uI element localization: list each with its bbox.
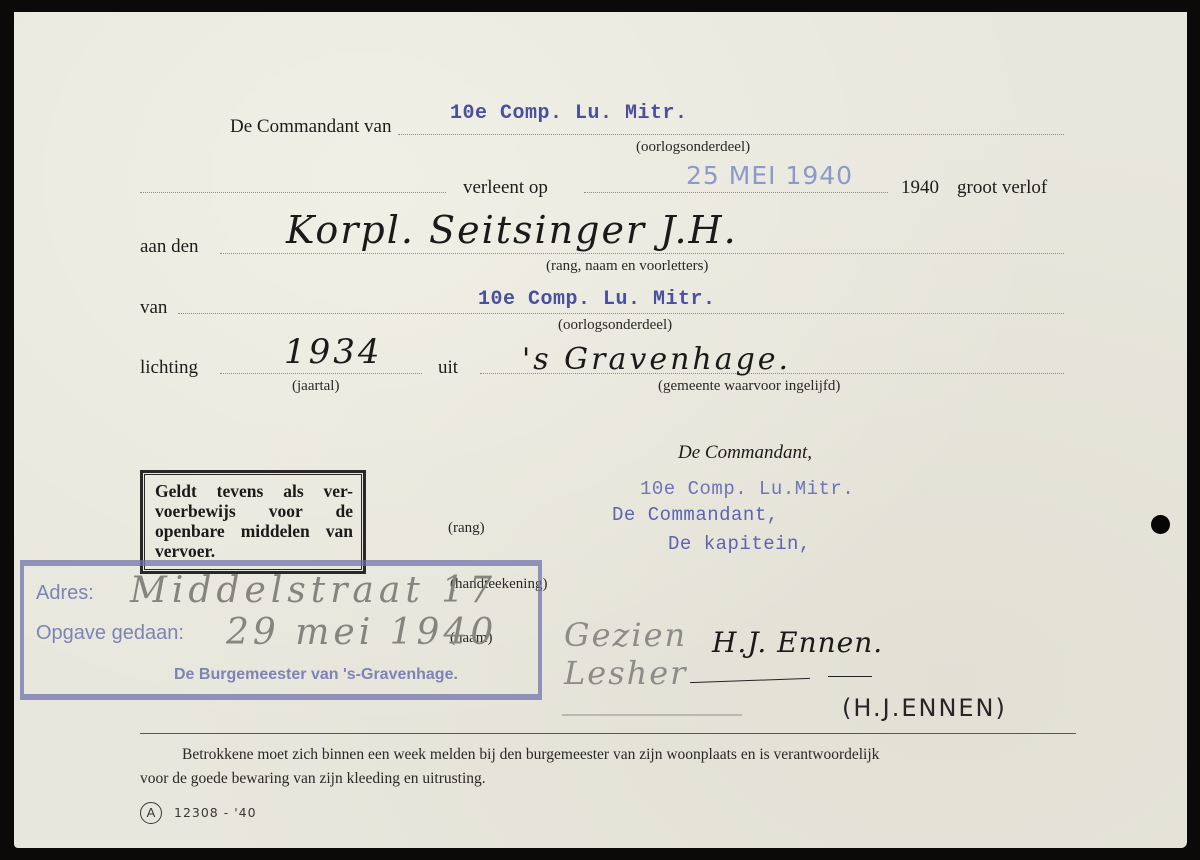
groot-verlof-label: groot verlof (957, 177, 1047, 199)
signature-typed-line-2: De Commandant, (612, 504, 779, 526)
municipality-handwritten: 's Gravenhage. (522, 342, 791, 377)
van-label: van (140, 297, 167, 319)
unit-line (178, 313, 1064, 314)
transport-note-text: Geldt tevens als ver-voerbewijs voor de … (155, 481, 353, 561)
signature-heading: De Commandant, (678, 442, 812, 464)
aan-den-label: aan den (140, 236, 199, 258)
lichting-label: lichting (140, 357, 198, 379)
transport-note-box: Geldt tevens als ver-voerbewijs voor de … (140, 470, 366, 574)
commandant-unit-typed: 10e Comp. Lu. Mitr. (450, 102, 688, 125)
date-stamp: 25 MEI 1940 (686, 161, 853, 190)
stamp-opgave-pencil: 29 mei 1940 (226, 612, 497, 653)
stamp-adres-label: Adres: (36, 582, 94, 605)
year-caption: (jaartal) (292, 378, 339, 395)
lichting-year-line (220, 373, 422, 374)
date-line (584, 192, 888, 193)
commander-name-printed: (H.J.ENNEN) (842, 694, 1007, 722)
pencil-note-gezien: Gezien Lesher (564, 616, 684, 692)
unit-caption-2: (oorlogsonderdeel) (558, 317, 672, 334)
lichting-year-handwritten: 1934 (284, 332, 383, 372)
year-printed: 1940 (901, 177, 939, 199)
unit-continuation-line (140, 192, 446, 193)
verleent-op-label: verleent op (463, 177, 548, 199)
footer-notice-line-2: voor de goede bewaring van zijn kleeding… (140, 770, 486, 788)
commander-signature: H.J. Ennen. (712, 626, 883, 659)
uit-label: uit (438, 357, 458, 379)
document-paper: De Commandant van 10e Comp. Lu. Mitr. (o… (14, 12, 1187, 848)
signature-underline-2 (828, 676, 872, 677)
publisher-logo-icon: A (140, 802, 162, 824)
recipient-caption: (rang, naam en voorletters) (546, 258, 708, 275)
stamp-opgave-label: Opgave gedaan: (36, 622, 184, 645)
punch-hole (1151, 515, 1170, 534)
signature-typed-line-1: 10e Comp. Lu.Mitr. (640, 478, 854, 500)
commandant-label: De Commandant van (230, 116, 391, 138)
stamp-authority: De Burgemeester van 's-Gravenhage. (174, 666, 458, 684)
recipient-name-handwritten: Korpl. Seitsinger J.H. (286, 208, 738, 252)
footer-divider (140, 733, 1076, 734)
commandant-unit-line (398, 134, 1064, 135)
stamp-adres-pencil: Middelstraat 17 (130, 570, 497, 611)
rang-caption: (rang) (448, 520, 485, 537)
municipality-caption: (gemeente waarvoor ingelijfd) (658, 378, 840, 395)
signature-underline-1 (690, 678, 810, 683)
footer-notice-line-1: Betrokkene moet zich binnen een week mel… (182, 746, 879, 764)
unit-caption: (oorlogsonderdeel) (636, 139, 750, 156)
recipient-line (220, 253, 1064, 254)
signature-typed-line-3: De kapitein, (668, 533, 811, 555)
unit-typed: 10e Comp. Lu. Mitr. (478, 288, 716, 311)
pencil-underline (562, 714, 742, 716)
print-code: 12308 - '40 (174, 805, 257, 820)
logo-glyph: A (147, 805, 156, 820)
